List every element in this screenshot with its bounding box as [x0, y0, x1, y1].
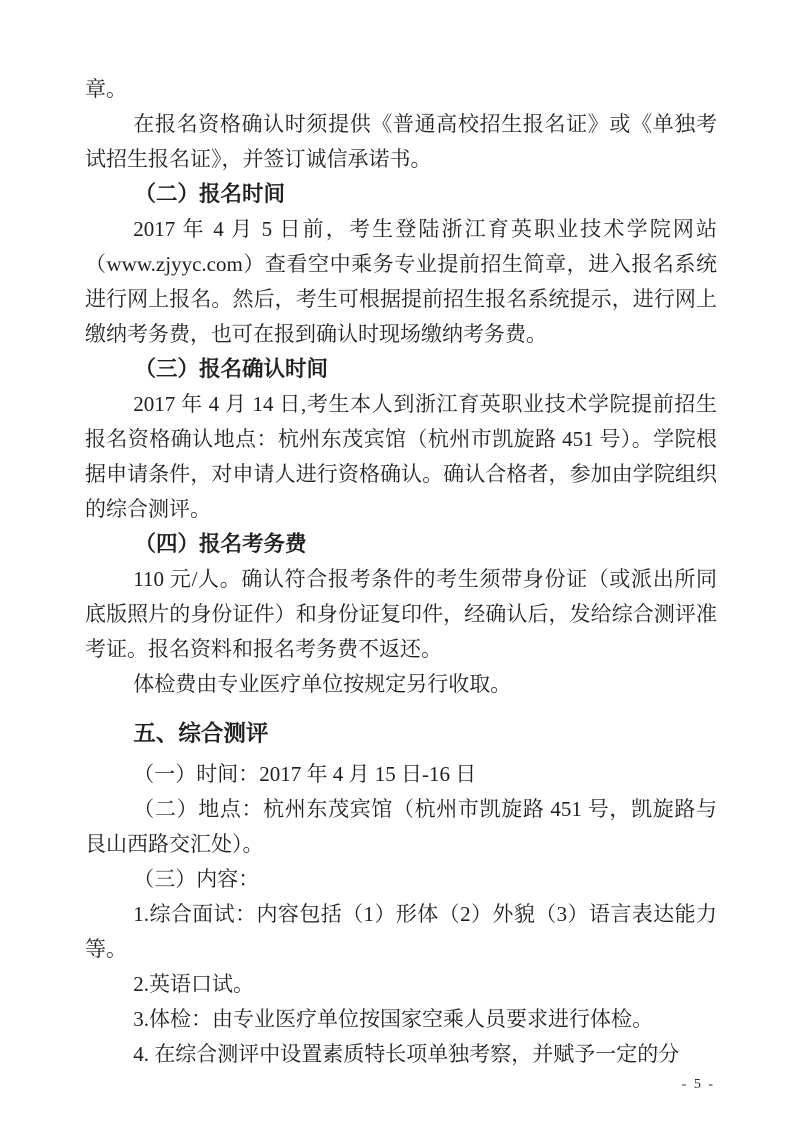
paragraph-location: （二）地点：杭州东茂宾馆（杭州市凯旋路 451 号，凯旋路与艮山西路交汇处）。 [85, 792, 717, 862]
chapter-heading-comprehensive-evaluation: 五、综合测评 [85, 716, 717, 751]
paragraph: 在报名资格确认时须提供《普通高校招生报名证》或《单独考试招生报名证》，并签订诚信… [85, 107, 717, 177]
paragraph: 2017 年 4 月 5 日前，考生登陆浙江育英职业技术学院网站（www.zjy… [85, 212, 717, 352]
document-body: 章。 在报名资格确认时须提供《普通高校招生报名证》或《单独考试招生报名证》，并签… [85, 72, 717, 1072]
paragraph-item-english: 2.英语口试。 [85, 967, 717, 1002]
paragraph: 体检费由专业医疗单位按规定另行收取。 [85, 667, 717, 702]
paragraph-time: （一）时间：2017 年 4 月 15 日-16 日 [85, 757, 717, 792]
paragraph: 2017 年 4 月 14 日,考生本人到浙江育英职业技术学院提前招生报名资格确… [85, 387, 717, 527]
paragraph-item-physical: 3.体检：由专业医疗单位按国家空乘人员要求进行体检。 [85, 1002, 717, 1037]
section-heading-exam-fee: （四）报名考务费 [85, 527, 717, 562]
document-page: 章。 在报名资格确认时须提供《普通高校招生报名证》或《单独考试招生报名证》，并签… [0, 0, 800, 1131]
paragraph-continuation: 章。 [85, 72, 717, 107]
section-heading-registration-time: （二）报名时间 [85, 177, 717, 212]
page-number: - 5 - [682, 1077, 715, 1093]
paragraph-content-label: （三）内容： [85, 862, 717, 897]
paragraph-item-specialty: 4. 在综合测评中设置素质特长项单独考察，并赋予一定的分 [85, 1037, 717, 1072]
paragraph-item-interview: 1.综合面试：内容包括（1）形体（2）外貌（3）语言表达能力等。 [85, 897, 717, 967]
section-heading-confirmation-time: （三）报名确认时间 [85, 352, 717, 387]
paragraph: 110 元/人。确认符合报考条件的考生须带身份证（或派出所同底版照片的身份证件）… [85, 562, 717, 667]
